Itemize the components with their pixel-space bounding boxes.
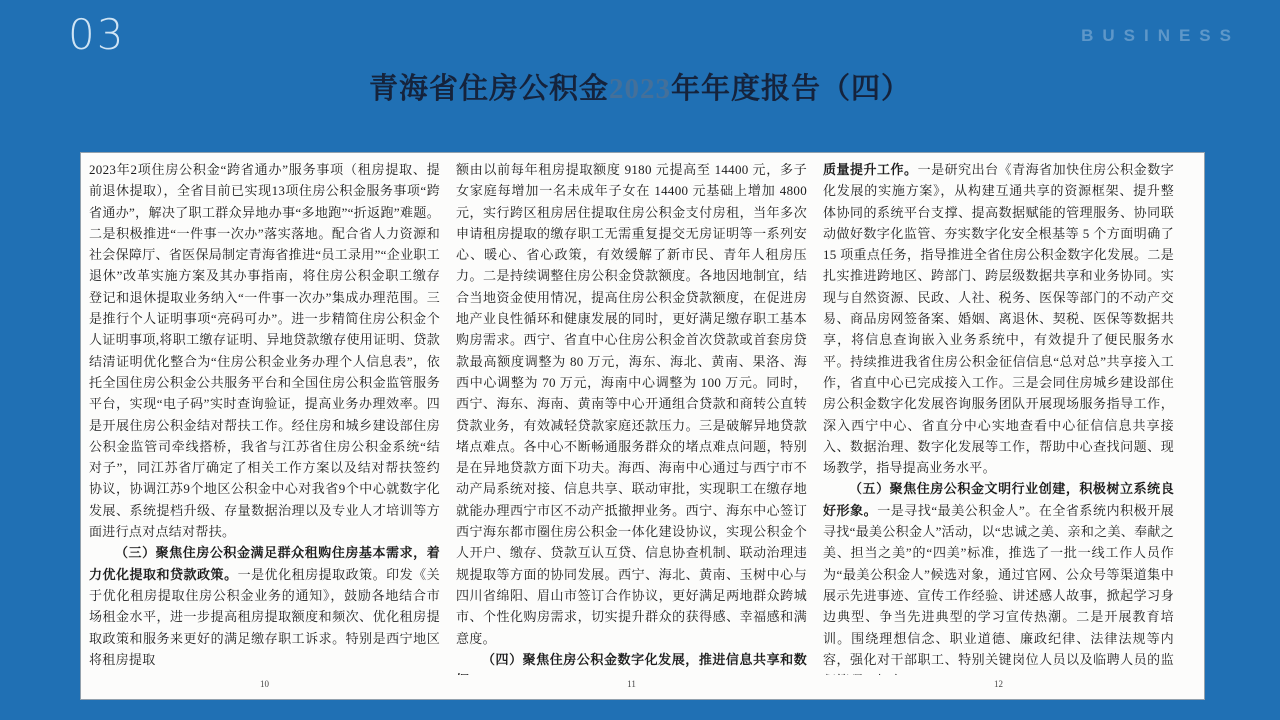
report-title: 青海省住房公积金2023年年度报告（四） <box>0 66 1280 107</box>
presentation-slide: 03 BUSINESS 青海省住房公积金2023年年度报告（四） 2023年2项… <box>0 0 1280 720</box>
paragraph: 2023年2项住房公积金“跨省通办”服务事项（租房提取、提前退休提取），全省目前… <box>89 159 440 542</box>
title-year: 2023 <box>609 73 671 105</box>
paragraph-run: 2023年2项住房公积金“跨省通办”服务事项（租房提取、提前退休提取），全省目前… <box>89 162 440 539</box>
paragraph: 质量提升工作。一是研究出台《青海省加快住房公积金数字化发展的实施方案》，从构建互… <box>823 159 1174 478</box>
title-suffix: 年年度报告（四） <box>671 73 911 105</box>
paragraph-run: 一是研究出台《青海省加快住房公积金数字化发展的实施方案》，从构建互通共享的资源框… <box>823 162 1174 475</box>
column-text: 额由以前每年租房提取额度 9180 元提高至 14400 元，多子女家庭每增加一… <box>456 159 807 675</box>
report-column: 2023年2项住房公积金“跨省通办”服务事项（租房提取、提前退休提取），全省目前… <box>89 159 440 699</box>
report-page-panel: 2023年2项住房公积金“跨省通办”服务事项（租房提取、提前退休提取），全省目前… <box>80 152 1205 700</box>
paragraph-heading-run: （四）聚焦住房公积金数字化发展，推进信息共享和数据 <box>456 652 807 675</box>
paragraph: （三）聚焦住房公积金满足群众租购住房基本需求，着力优化提取和贷款政策。一是优化租… <box>89 542 440 670</box>
column-text: 2023年2项住房公积金“跨省通办”服务事项（租房提取、提前退休提取），全省目前… <box>89 159 440 675</box>
paragraph: 额由以前每年租房提取额度 9180 元提高至 14400 元，多子女家庭每增加一… <box>456 159 807 649</box>
paragraph: （四）聚焦住房公积金数字化发展，推进信息共享和数据 <box>456 649 807 675</box>
page-number: 11 <box>456 675 807 699</box>
title-prefix: 青海省住房公积金 <box>369 73 609 105</box>
column-text: 质量提升工作。一是研究出台《青海省加快住房公积金数字化发展的实施方案》，从构建互… <box>823 159 1174 675</box>
report-column: 额由以前每年租房提取额度 9180 元提高至 14400 元，多子女家庭每增加一… <box>456 159 807 699</box>
paragraph-heading-run: 质量提升工作。 <box>823 162 918 177</box>
slide-number: 03 <box>68 10 125 59</box>
paragraph-run: 一是寻找“最美公积金人”。在全省系统内积极开展寻找“最美公积金人”活动，以“忠诚… <box>823 503 1174 675</box>
paragraph-run: 额由以前每年租房提取额度 9180 元提高至 14400 元，多子女家庭每增加一… <box>456 162 807 646</box>
page-number: 10 <box>89 675 440 699</box>
business-watermark: BUSINESS <box>1081 26 1240 46</box>
page-number: 12 <box>823 675 1174 699</box>
report-column: 质量提升工作。一是研究出台《青海省加快住房公积金数字化发展的实施方案》，从构建互… <box>823 159 1174 699</box>
paragraph: （五）聚焦住房公积金文明行业创建，积极树立系统良好形象。一是寻找“最美公积金人”… <box>823 478 1174 675</box>
